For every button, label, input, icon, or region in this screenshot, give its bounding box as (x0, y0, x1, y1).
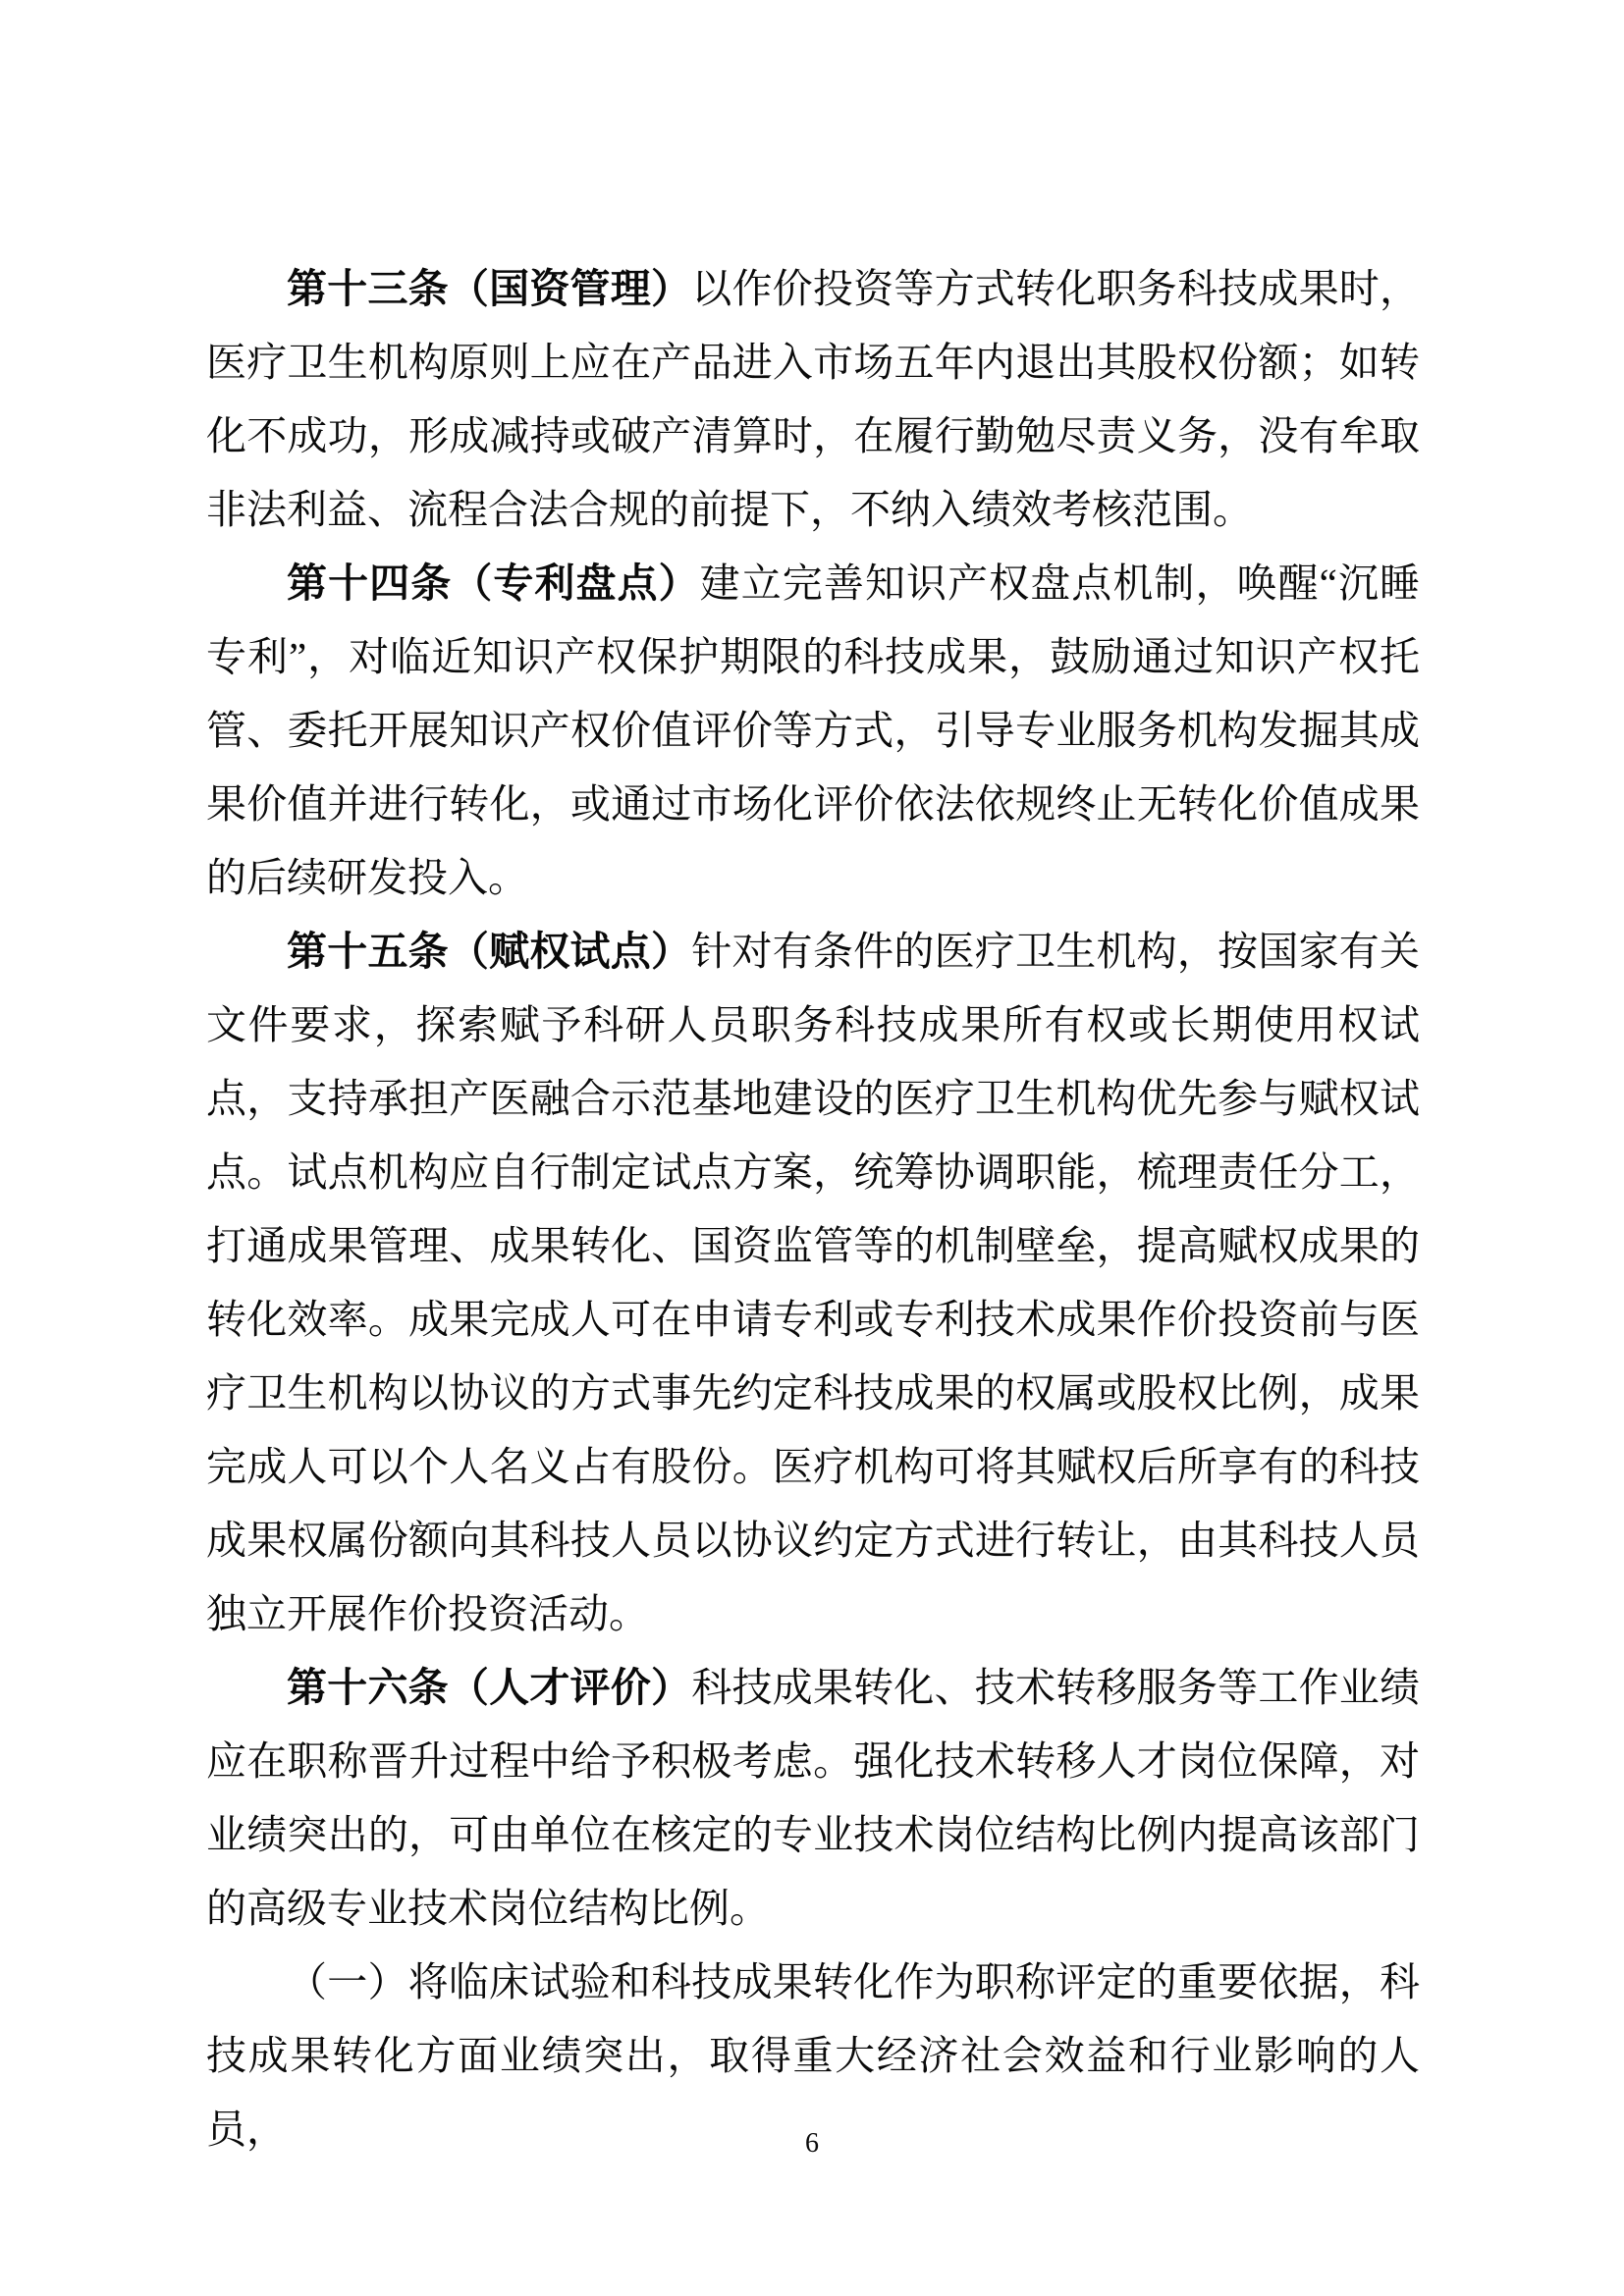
paragraph-text: （一）将临床试验和科技成果转化作为职称评定的重要依据，科技成果转化方面业绩突出，… (206, 1959, 1420, 2152)
paragraph-text: 建立完善知识产权盘点机制，唤醒“沉睡专利”，对临近知识产权保护期限的科技成果，鼓… (206, 561, 1420, 900)
page-footer: 6 (0, 2128, 1624, 2160)
paragraph: 第十五条（赋权试点）针对有条件的医疗卫生机构，按国家有关文件要求，探索赋予科研人… (206, 915, 1420, 1651)
paragraph: 第十四条（专利盘点）建立完善知识产权盘点机制，唤醒“沉睡专利”，对临近知识产权保… (206, 547, 1420, 915)
document-page: 第十三条（国资管理）以作价投资等方式转化职务科技成果时，医疗卫生机构原则上应在产… (0, 0, 1624, 2296)
article-heading: 第十三条（国资管理） (287, 266, 691, 311)
page-number: 6 (805, 2128, 819, 2159)
document-body: 第十三条（国资管理）以作价投资等方式转化职务科技成果时，医疗卫生机构原则上应在产… (206, 252, 1420, 2166)
article-heading: 第十六条（人才评价） (287, 1665, 691, 1710)
article-heading: 第十五条（赋权试点） (287, 929, 691, 974)
paragraph: 第十三条（国资管理）以作价投资等方式转化职务科技成果时，医疗卫生机构原则上应在产… (206, 252, 1420, 547)
paragraph: 第十六条（人才评价）科技成果转化、技术转移服务等工作业绩应在职称晋升过程中给予积… (206, 1651, 1420, 1946)
paragraph-text: 针对有条件的医疗卫生机构，按国家有关文件要求，探索赋予科研人员职务科技成果所有权… (206, 929, 1420, 1636)
article-heading: 第十四条（专利盘点） (287, 561, 700, 606)
